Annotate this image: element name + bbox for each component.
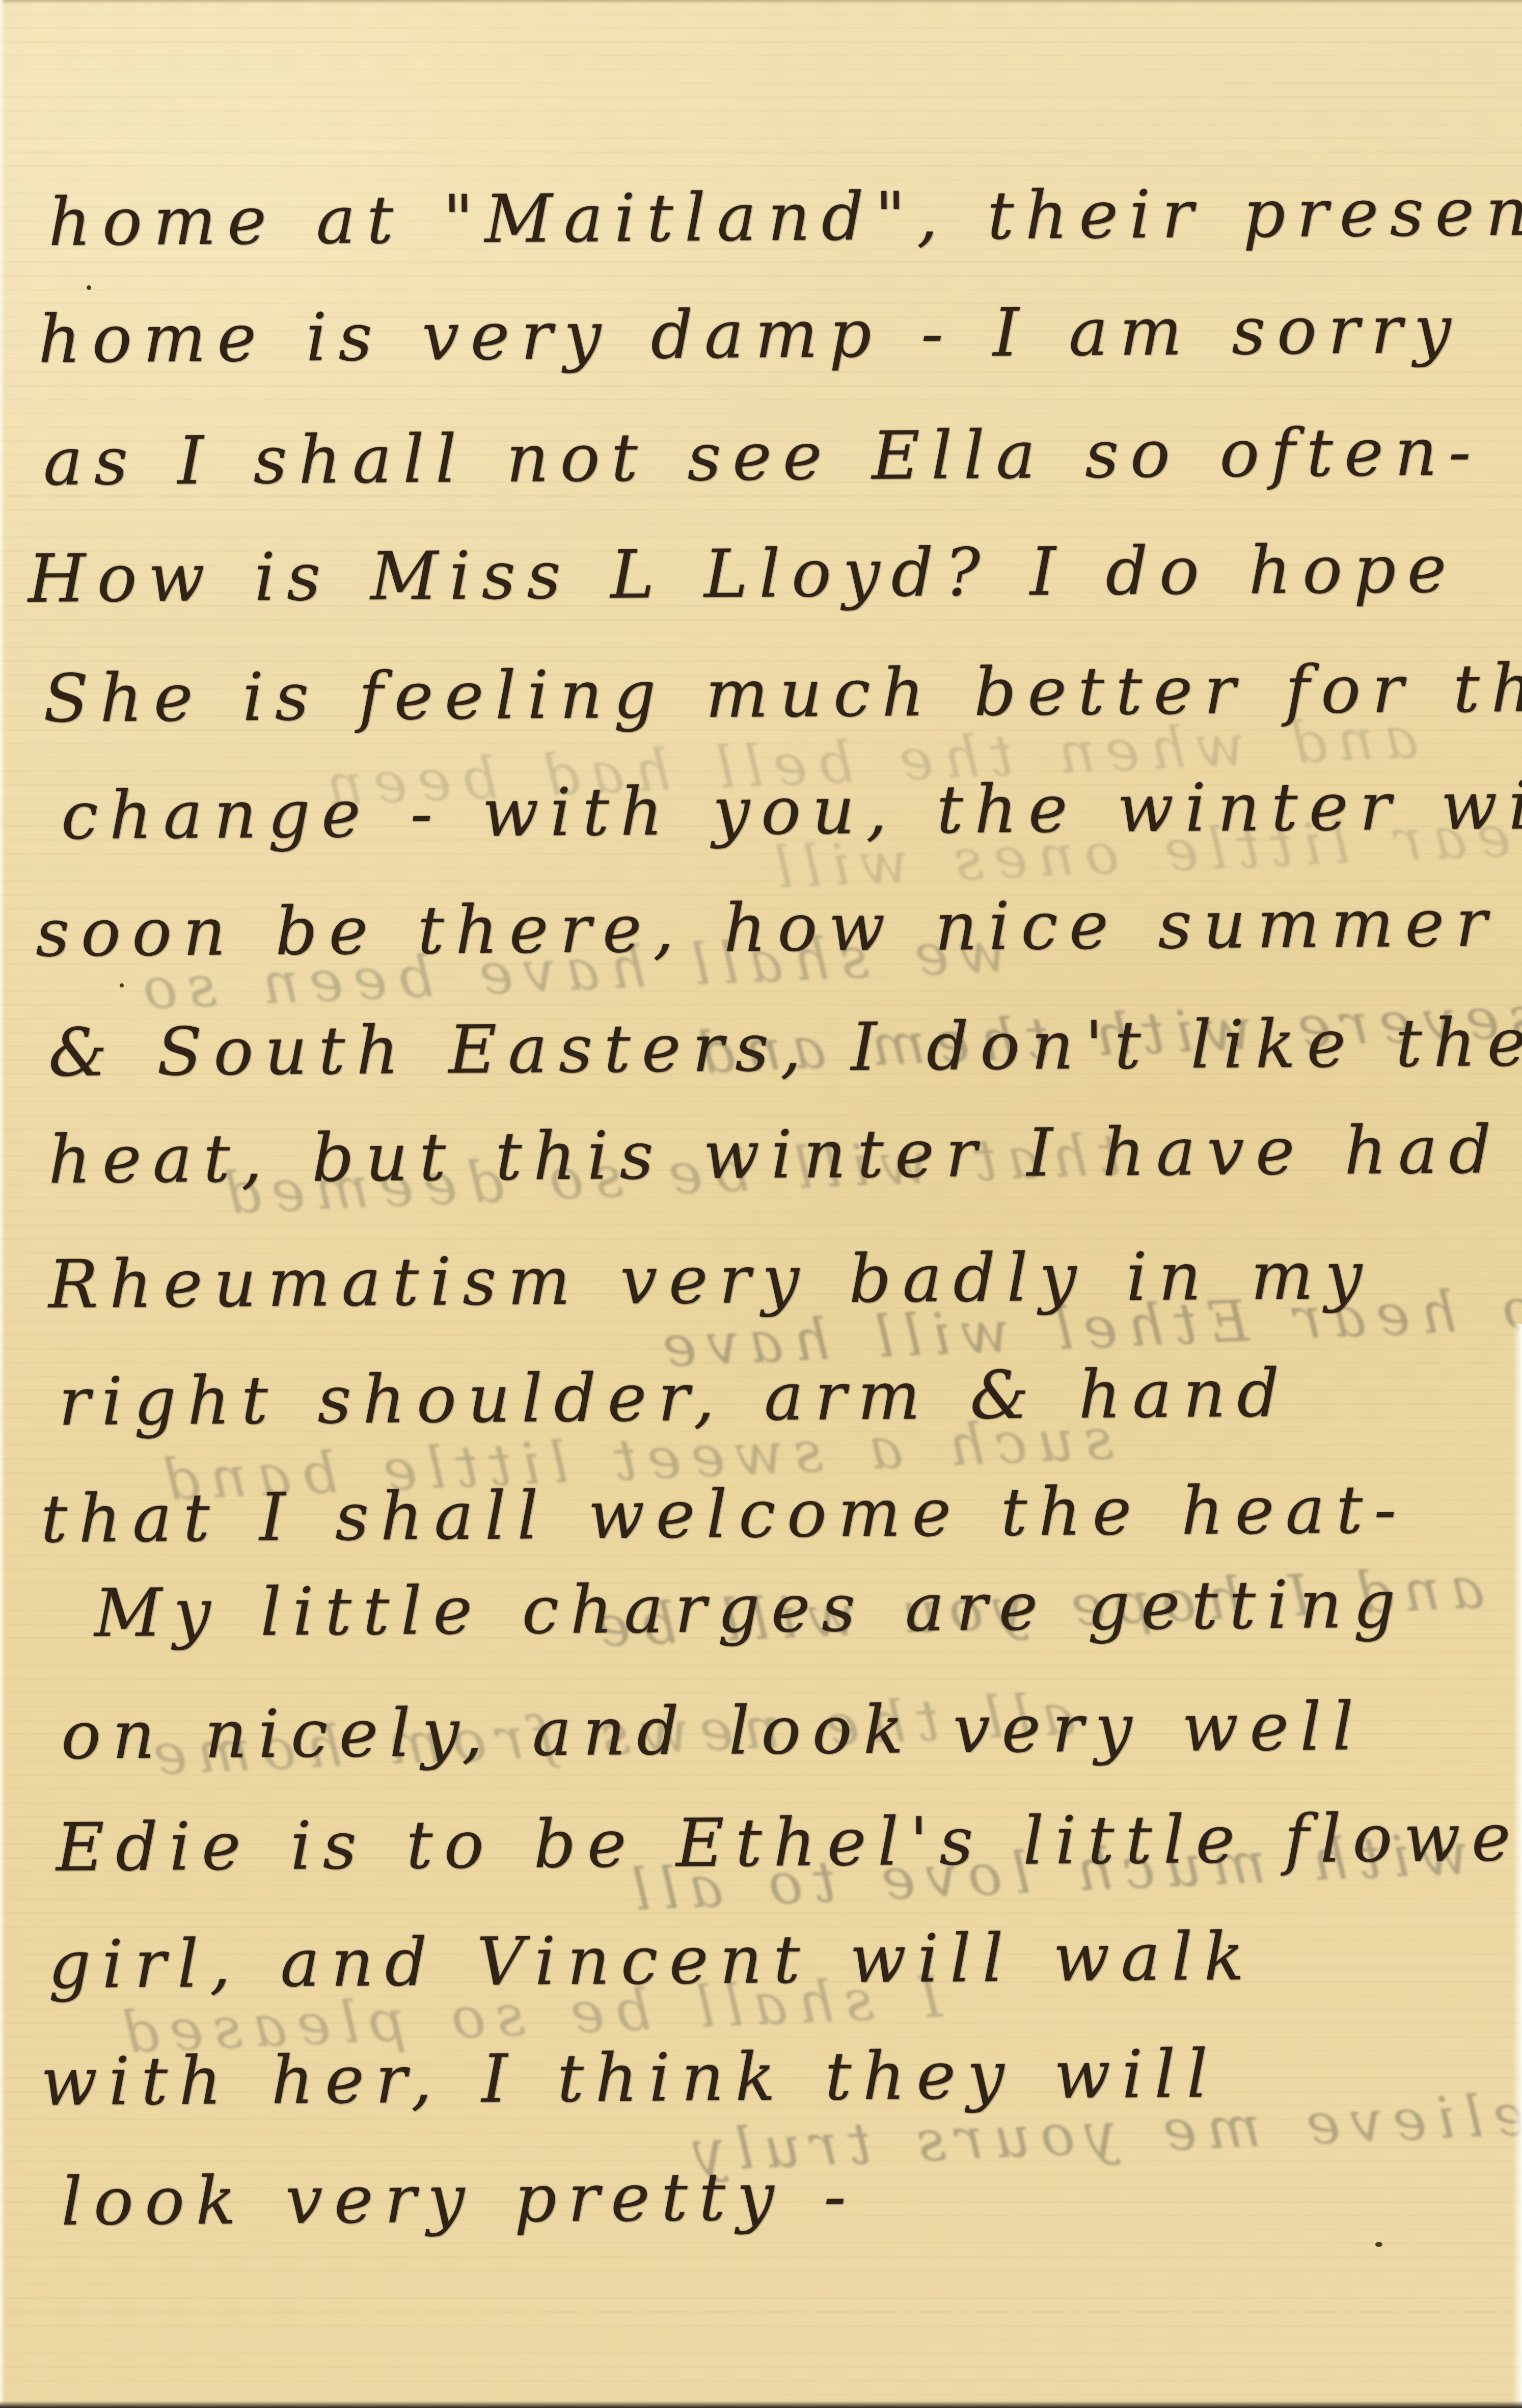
handwriting-line: & South Easters, I don't like the (48, 1004, 1522, 1091)
handwriting-line: that I shall welcome the heat- (40, 1470, 1407, 1558)
ink-speck (120, 983, 124, 987)
handwriting-line: girl, and Vincent will walk (48, 1917, 1255, 2003)
scan-edge-bottom (0, 2401, 1522, 2408)
handwriting-line: home is very damp - I am sorry (38, 290, 1462, 378)
handwriting-line: Edie is to be Ethel's little flower (56, 1798, 1522, 1886)
handwriting-line: How is Miss L Lloyd? I do hope (28, 530, 1457, 618)
handwriting-line: soon be there, how nice summer (35, 884, 1498, 972)
handwriting-line: look very pretty - (61, 2157, 857, 2240)
scan-edge-left (0, 0, 5, 2408)
letter-page: and when the bell had been my dear littl… (0, 0, 1522, 2408)
handwriting-line: My little charges are getting (94, 1565, 1407, 1652)
scan-edge-top (0, 0, 1522, 4)
handwriting-line: Rheumatism very badly in my (48, 1237, 1373, 1323)
handwriting-line: change - with you, the winter will (61, 766, 1522, 854)
handwriting-line: She is feeling much better for the (43, 649, 1522, 737)
handwriting-layer: home at "Maitland", their present home i… (0, 0, 1522, 2408)
handwriting-line: as I shall not see Ella so often- (43, 413, 1482, 500)
scan-edge-right (1513, 1324, 1522, 2408)
handwriting-line: on nicely, and look very well (61, 1688, 1365, 1774)
ink-speck (1375, 2242, 1382, 2247)
ink-speck (87, 285, 91, 290)
handwriting-line: home at "Maitland", their present (48, 173, 1522, 261)
handwriting-line: heat, but this winter I have had (48, 1111, 1502, 1198)
handwriting-line: right shoulder, arm & hand (58, 1354, 1290, 1440)
handwriting-line: with her, I think they will (40, 2035, 1219, 2121)
